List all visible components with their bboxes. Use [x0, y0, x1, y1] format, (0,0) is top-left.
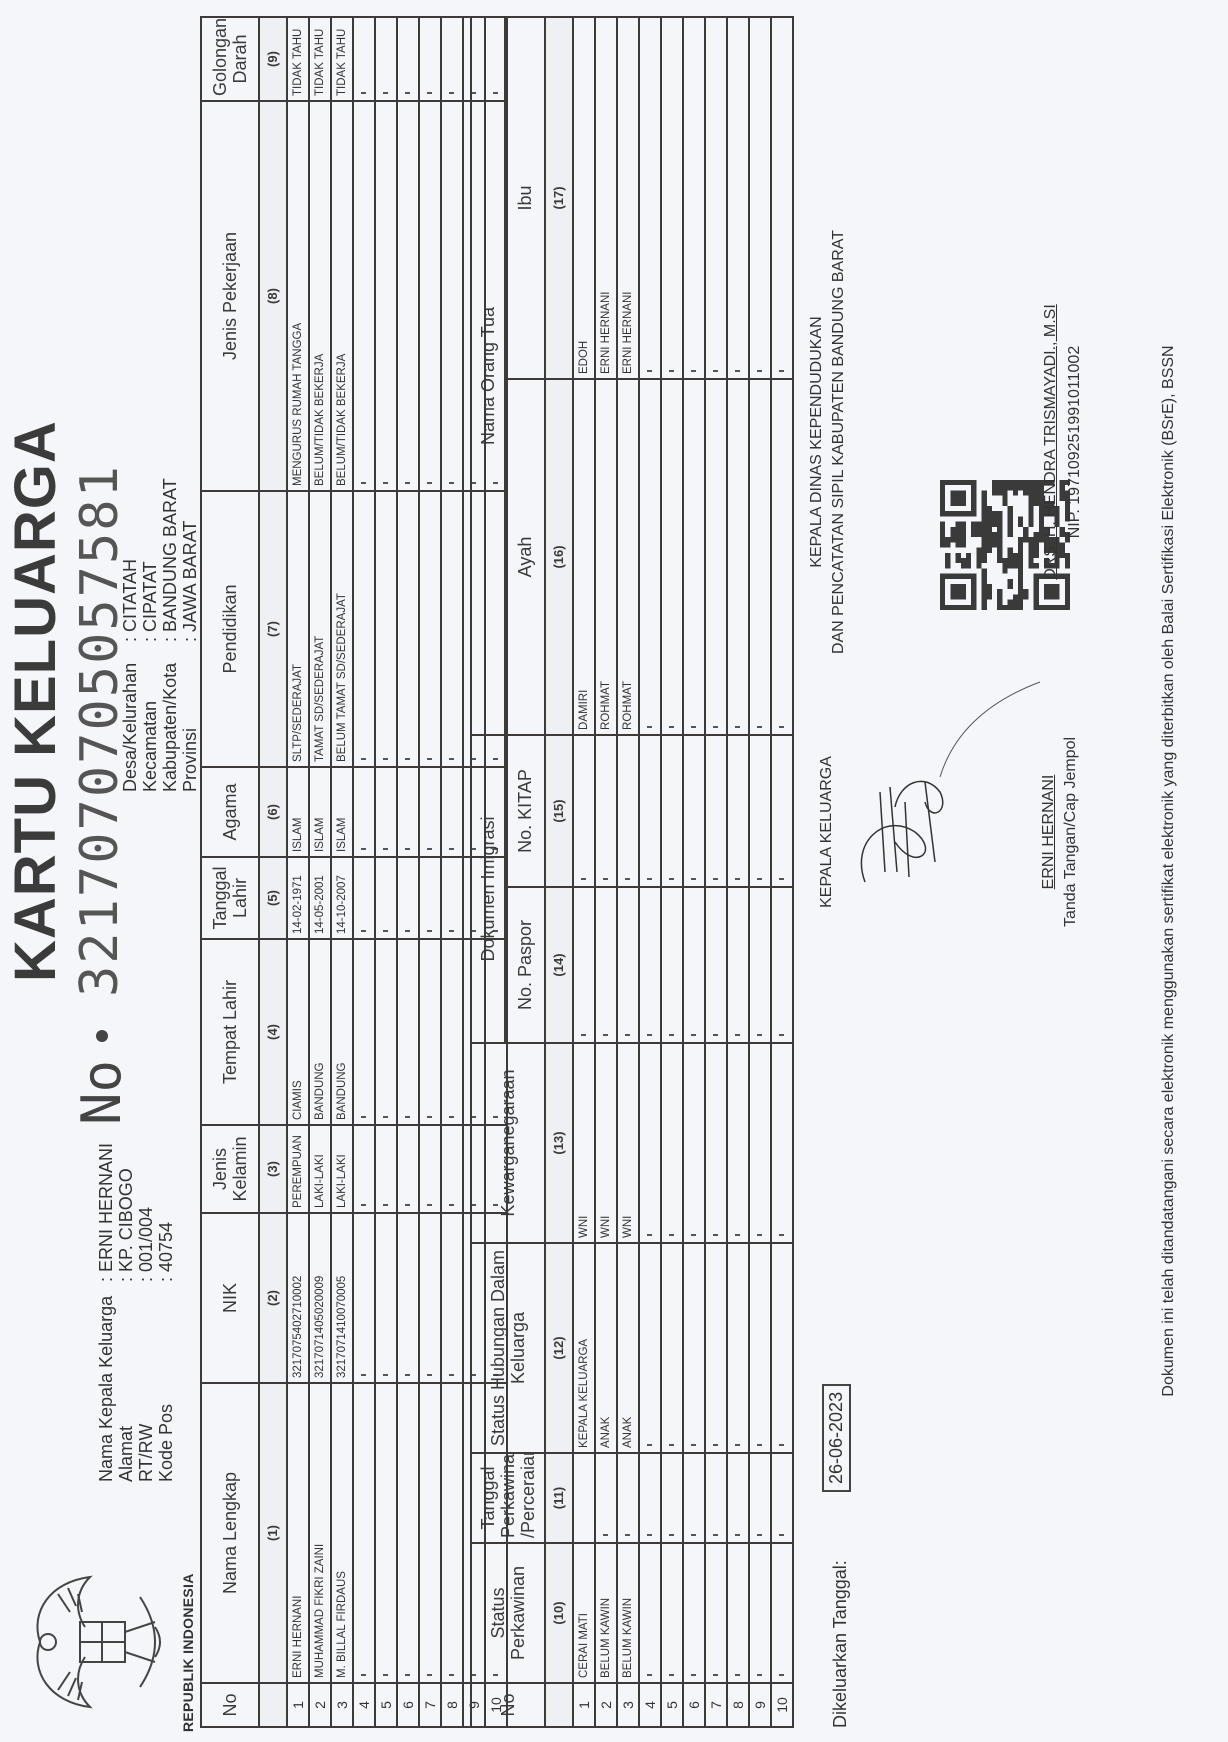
table-cell [375, 767, 397, 857]
table-cell [683, 1043, 705, 1243]
table-cell [397, 939, 419, 1125]
stamp-arc-icon [930, 662, 1050, 782]
col-header: NIK [201, 1213, 259, 1383]
table-cell [639, 1543, 661, 1683]
info-value-kecamatan: : CIPATAT [140, 561, 160, 642]
table-cell [727, 887, 749, 1043]
empty-dash [449, 848, 454, 850]
empty-dash [361, 930, 366, 932]
table-cell [661, 1243, 683, 1453]
info-label: Nama Kepala Keluarga [96, 1282, 116, 1482]
header-info-right: Desa/Kelurahan: CITATAH Kecamatan: CIPAT… [120, 478, 200, 792]
issued-date: 26-06-2023 [822, 1384, 851, 1492]
table-cell: TIDAK TAHU [287, 17, 309, 101]
row-number: 5 [661, 1683, 683, 1727]
table-cell: ANAK [595, 1243, 617, 1453]
table-cell [705, 1243, 727, 1453]
table-cell: ERNI HERNANI [287, 1383, 309, 1683]
row-number: 2 [309, 1683, 331, 1727]
col-number: (16) [545, 379, 573, 735]
table-cell [595, 887, 617, 1043]
row-number: 5 [375, 1683, 397, 1727]
table-cell: BANDUNG [331, 939, 353, 1125]
empty-dash [383, 848, 388, 850]
table-cell [419, 17, 441, 101]
empty-dash [779, 1674, 784, 1676]
table-row: 6 [683, 17, 705, 1727]
family-card-page: REPUBLIK INDONESIA KARTU KELUARGA No 321… [0, 0, 1228, 1742]
row-number: 3 [331, 1683, 353, 1727]
empty-dash [691, 1034, 696, 1036]
table-cell [353, 857, 375, 939]
empty-dash [383, 92, 388, 94]
table-cell: WNI [617, 1043, 639, 1243]
empty-dash [405, 92, 410, 94]
table-cell [419, 1213, 441, 1383]
table-cell [771, 735, 793, 887]
row-number: 1 [287, 1683, 309, 1727]
col-header: Jenis Kelamin [201, 1125, 259, 1213]
info-value-rtrw: : 001/004 [136, 1207, 156, 1282]
empty-dash [735, 878, 740, 880]
empty-dash [603, 1034, 608, 1036]
table-cell [639, 1243, 661, 1453]
table-cell [639, 1043, 661, 1243]
col-number: (17) [545, 17, 573, 379]
table-cell [441, 1125, 463, 1213]
row-number: 6 [683, 1683, 705, 1727]
table-cell [375, 101, 397, 491]
row-number: 6 [397, 1683, 419, 1727]
table-cell [397, 491, 419, 767]
signature-icon [845, 762, 955, 902]
empty-dash [603, 878, 608, 880]
table-cell [683, 1543, 705, 1683]
empty-dash [669, 1674, 674, 1676]
col-header-status-perkawinan: Status Perkawinan [471, 1543, 545, 1683]
row-number: 10 [771, 1683, 793, 1727]
empty-dash [383, 758, 388, 760]
empty-dash [691, 878, 696, 880]
info-value-kabupaten: : BANDUNG BARAT [160, 478, 180, 642]
table-cell [617, 1453, 639, 1543]
table-cell: CIAMIS [287, 939, 309, 1125]
table-cell: PEREMPUAN [287, 1125, 309, 1213]
col-header: Golongan Darah [201, 17, 259, 101]
empty-dash [713, 726, 718, 728]
empty-dash [669, 370, 674, 372]
table-cell: BELUM KAWIN [617, 1543, 639, 1683]
col-header-tanggal-perkawinan: Tanggal Perkawinan /Perceraian [471, 1453, 545, 1543]
table-cell [441, 767, 463, 857]
empty-dash [757, 1534, 762, 1536]
table-cell: ROHMAT [617, 379, 639, 735]
empty-dash [625, 878, 630, 880]
empty-dash [669, 726, 674, 728]
table-cell [573, 1453, 595, 1543]
empty-dash [713, 1674, 718, 1676]
table-cell: DAMIRI [573, 379, 595, 735]
table-cell [727, 735, 749, 887]
empty-dash [427, 92, 432, 94]
col-header: Pendidikan [201, 491, 259, 767]
empty-dash [779, 1444, 784, 1446]
table-cell: TIDAK TAHU [309, 17, 331, 101]
empty-dash [603, 1534, 608, 1536]
empty-dash [361, 1374, 366, 1376]
empty-dash [779, 1034, 784, 1036]
empty-dash [647, 1674, 652, 1676]
table-cell [661, 1453, 683, 1543]
table-cell [749, 1243, 771, 1453]
row-number: 7 [419, 1683, 441, 1727]
kepala-keluarga-label: KEPALA KELUARGA [818, 712, 836, 952]
empty-dash [427, 1374, 432, 1376]
table-cell [375, 1213, 397, 1383]
empty-dash [383, 1204, 388, 1206]
row-number: 4 [639, 1683, 661, 1727]
empty-dash [405, 1374, 410, 1376]
table-row: 7 [705, 17, 727, 1727]
table-cell [419, 1125, 441, 1213]
table-cell [683, 1453, 705, 1543]
official-title-line2: DAN PENCATATAN SIPIL KABUPATEN BANDUNG B… [830, 142, 848, 742]
table-cell [683, 1243, 705, 1453]
col-number [259, 1683, 287, 1727]
table-cell: LAKI-LAKI [331, 1125, 353, 1213]
table-cell [727, 379, 749, 735]
table-cell [705, 735, 727, 887]
table-row: 6 [397, 17, 419, 1727]
empty-dash [405, 1116, 410, 1118]
electronic-signature-disclaimer: Dokumen ini telah ditandatangani secara … [1160, 0, 1178, 1742]
empty-dash [669, 1444, 674, 1446]
empty-dash [691, 1674, 696, 1676]
empty-dash [735, 1444, 740, 1446]
table-row: 4 [353, 17, 375, 1727]
col-number: (11) [545, 1453, 573, 1543]
empty-dash [713, 1534, 718, 1536]
table-cell [353, 767, 375, 857]
table-row: 4 [639, 17, 661, 1727]
empty-dash [449, 1674, 454, 1676]
col-number: (12) [545, 1243, 573, 1453]
empty-dash [361, 848, 366, 850]
col-header: Jenis Pekerjaan [201, 101, 259, 491]
empty-dash [361, 1116, 366, 1118]
empty-dash [669, 1534, 674, 1536]
issued-date-label: Dikeluarkan Tanggal: [830, 1560, 851, 1728]
table-cell: ERNI HERNANI [595, 17, 617, 379]
table-cell [397, 1125, 419, 1213]
empty-dash [581, 1034, 586, 1036]
info-label: Alamat [116, 1282, 136, 1482]
table-cell: 14-05-2001 [309, 857, 331, 939]
kk-number-dot [96, 1030, 108, 1042]
table-cell: BELUM/TIDAK BEKERJA [331, 101, 353, 491]
empty-dash [625, 1034, 630, 1036]
col-header: Tanggal Lahir [201, 857, 259, 939]
table-cell [397, 17, 419, 101]
table-cell [353, 491, 375, 767]
table-cell [705, 1543, 727, 1683]
empty-dash [647, 1234, 652, 1236]
table-cell [375, 1383, 397, 1683]
empty-dash [691, 370, 696, 372]
kk-number-label: No [70, 1060, 133, 1125]
table-cell [661, 17, 683, 379]
table-cell: BELUM KAWIN [595, 1543, 617, 1683]
col-header: Nama Lengkap [201, 1383, 259, 1683]
info-value-provinsi: : JAWA BARAT [180, 521, 200, 642]
table-cell [683, 17, 705, 379]
empty-dash [757, 1444, 762, 1446]
table-cell [771, 887, 793, 1043]
table-cell [661, 379, 683, 735]
table-row: 1CERAI MATIKEPALA KELUARGAWNIDAMIRIEDOH [573, 17, 595, 1727]
table-cell [749, 1543, 771, 1683]
table-cell [705, 17, 727, 379]
table-cell [419, 939, 441, 1125]
table-cell [749, 1453, 771, 1543]
col-header-no-kitap: No. KITAP [505, 735, 545, 887]
table-cell [771, 1543, 793, 1683]
col-number: (4) [259, 939, 287, 1125]
empty-dash [757, 1034, 762, 1036]
table-cell [617, 887, 639, 1043]
empty-dash [691, 1444, 696, 1446]
table-row: 1ERNI HERNANI3217075402710002PEREMPUANCI… [287, 17, 309, 1727]
table-cell: BELUM TAMAT SD/SEDERAJAT [331, 491, 353, 767]
table-row: 2BELUM KAWINANAKWNIROHMATERNI HERNANI [595, 17, 617, 1727]
empty-dash [713, 878, 718, 880]
table-cell: M. BILLAL FIRDAUS [331, 1383, 353, 1683]
empty-dash [713, 1444, 718, 1446]
table-cell [353, 1125, 375, 1213]
table-cell [683, 379, 705, 735]
table-cell [441, 1383, 463, 1683]
empty-dash [691, 1534, 696, 1536]
empty-dash [405, 1204, 410, 1206]
empty-dash [779, 726, 784, 728]
empty-dash [691, 726, 696, 728]
official-nip: NIP. 197109251991011002 [1066, 142, 1084, 742]
table-cell [639, 887, 661, 1043]
family-members-table: NoNama LengkapNIKJenis KelaminTempat Lah… [200, 16, 508, 1728]
table-cell [727, 1243, 749, 1453]
info-label: Provinsi [180, 642, 200, 792]
table-cell [727, 1453, 749, 1543]
table-cell [397, 1383, 419, 1683]
table-cell: TAMAT SD/SEDERAJAT [309, 491, 331, 767]
table-cell [353, 1213, 375, 1383]
empty-dash [449, 930, 454, 932]
table-cell [771, 1453, 793, 1543]
table-cell: WNI [595, 1043, 617, 1243]
empty-dash [647, 1034, 652, 1036]
table-cell: ERNI HERNANI [617, 17, 639, 379]
empty-dash [405, 482, 410, 484]
table-cell: ROHMAT [595, 379, 617, 735]
empty-dash [647, 1534, 652, 1536]
row-number: 3 [617, 1683, 639, 1727]
table-cell: MUHAMMAD FIKRI ZAINI [309, 1383, 331, 1683]
table-cell: ISLAM [331, 767, 353, 857]
col-header: Tempat Lahir [201, 939, 259, 1125]
row-number: 7 [705, 1683, 727, 1727]
table-cell: TIDAK TAHU [331, 17, 353, 101]
col-header-ayah: Ayah [505, 379, 545, 735]
col-number: (14) [545, 887, 573, 1043]
col-header-status-hubungan: Status Hubungan Dalam Keluarga [471, 1243, 545, 1453]
col-header-dokumen-imigrasi: Dokumen Imigrasi [471, 735, 505, 1043]
info-value-desa: : CITATAH [120, 559, 140, 642]
table-cell [375, 491, 397, 767]
info-label: RT/RW [136, 1282, 156, 1482]
empty-dash [449, 758, 454, 760]
official-name: DRS. H. HENDRA TRISMAYADI., M.SI [1042, 142, 1060, 742]
thumbprint-caption: Tanda Tangan/Cap Jempol [1062, 712, 1080, 952]
row-number: 8 [727, 1683, 749, 1727]
table-cell [705, 887, 727, 1043]
col-number: (2) [259, 1213, 287, 1383]
table-cell [771, 379, 793, 735]
table-cell: CERAI MATI [573, 1543, 595, 1683]
empty-dash [581, 878, 586, 880]
empty-dash [449, 1116, 454, 1118]
table-cell [397, 857, 419, 939]
table-cell [441, 939, 463, 1125]
table-cell [375, 939, 397, 1125]
table-cell [441, 101, 463, 491]
table-cell [353, 1383, 375, 1683]
empty-dash [405, 758, 410, 760]
table-cell [441, 1213, 463, 1383]
col-number: (1) [259, 1383, 287, 1683]
table-cell [573, 735, 595, 887]
empty-dash [779, 878, 784, 880]
empty-dash [383, 1674, 388, 1676]
table-cell [639, 735, 661, 887]
table-row: 2MUHAMMAD FIKRI ZAINI3217071405020009LAK… [309, 17, 331, 1727]
table-cell [705, 379, 727, 735]
row-number: 2 [595, 1683, 617, 1727]
empty-dash [427, 1116, 432, 1118]
table-cell [771, 1243, 793, 1453]
empty-dash [647, 1444, 652, 1446]
row-number: 9 [749, 1683, 771, 1727]
empty-dash [449, 1374, 454, 1376]
col-header: No [201, 1683, 259, 1727]
empty-dash [757, 370, 762, 372]
table-cell [595, 735, 617, 887]
table-cell [749, 17, 771, 379]
table-cell [419, 491, 441, 767]
table-cell [375, 857, 397, 939]
garuda-emblem-icon [20, 1572, 170, 1712]
table-cell [749, 735, 771, 887]
table-row: 7 [419, 17, 441, 1727]
table-cell [419, 767, 441, 857]
empty-dash [427, 758, 432, 760]
table-cell [397, 767, 419, 857]
empty-dash [427, 1204, 432, 1206]
empty-dash [405, 930, 410, 932]
table-cell [419, 1383, 441, 1683]
table-cell [683, 887, 705, 1043]
table-cell [661, 735, 683, 887]
empty-dash [361, 482, 366, 484]
table-cell: 14-02-1971 [287, 857, 309, 939]
info-label: Desa/Kelurahan [120, 642, 140, 792]
info-value-kodepos: : 40754 [156, 1222, 176, 1282]
empty-dash [427, 930, 432, 932]
table-cell: EDOH [573, 17, 595, 379]
table-cell: KEPALA KELUARGA [573, 1243, 595, 1453]
col-header-nama-orang-tua: Nama Orang Tua [471, 17, 505, 735]
empty-dash [713, 370, 718, 372]
empty-dash [361, 1674, 366, 1676]
table-cell: LAKI-LAKI [309, 1125, 331, 1213]
table-row: 5 [375, 17, 397, 1727]
empty-dash [449, 482, 454, 484]
info-value-alamat: : KP. CIBOGO [116, 1168, 136, 1282]
table-cell [771, 17, 793, 379]
empty-dash [405, 1674, 410, 1676]
table-cell [397, 101, 419, 491]
col-number: (9) [259, 17, 287, 101]
empty-dash [383, 930, 388, 932]
empty-dash [449, 1204, 454, 1206]
table-cell: ISLAM [287, 767, 309, 857]
empty-dash [735, 370, 740, 372]
empty-dash [713, 1234, 718, 1236]
empty-dash [427, 482, 432, 484]
table-cell [441, 17, 463, 101]
table-row: 3BELUM KAWINANAKWNIROHMATERNI HERNANI [617, 17, 639, 1727]
empty-dash [669, 1034, 674, 1036]
row-number: 8 [441, 1683, 463, 1727]
table-cell [639, 379, 661, 735]
table-row: 8 [727, 17, 749, 1727]
row-number: 4 [353, 1683, 375, 1727]
table-cell [749, 379, 771, 735]
table-cell [353, 939, 375, 1125]
table-row: 3M. BILLAL FIRDAUS3217071410070005LAKI-L… [331, 17, 353, 1727]
table-cell [419, 101, 441, 491]
info-value-kepala-keluarga: : ERNI HERNANI [96, 1143, 116, 1282]
header-info-left: Nama Kepala Keluarga: ERNI HERNANI Alama… [96, 1143, 176, 1482]
table-cell [353, 101, 375, 491]
empty-dash [735, 726, 740, 728]
table-cell: MENGURUS RUMAH TANGGA [287, 101, 309, 491]
table-cell: SLTP/SEDERAJAT [287, 491, 309, 767]
empty-dash [735, 1674, 740, 1676]
table-cell: 3217071410070005 [331, 1213, 353, 1383]
col-header-no: No [471, 1683, 545, 1727]
table-cell: 14-10-2007 [331, 857, 353, 939]
table-cell [441, 857, 463, 939]
table-cell [639, 1453, 661, 1543]
family-status-table: No Status Perkawinan Tanggal Perkawinan … [470, 16, 794, 1728]
table-cell [705, 1453, 727, 1543]
table-cell [727, 1543, 749, 1683]
info-label: Kode Pos [156, 1282, 176, 1482]
table-cell [771, 1043, 793, 1243]
table-cell [353, 17, 375, 101]
empty-dash [757, 1234, 762, 1236]
empty-dash [427, 1674, 432, 1676]
